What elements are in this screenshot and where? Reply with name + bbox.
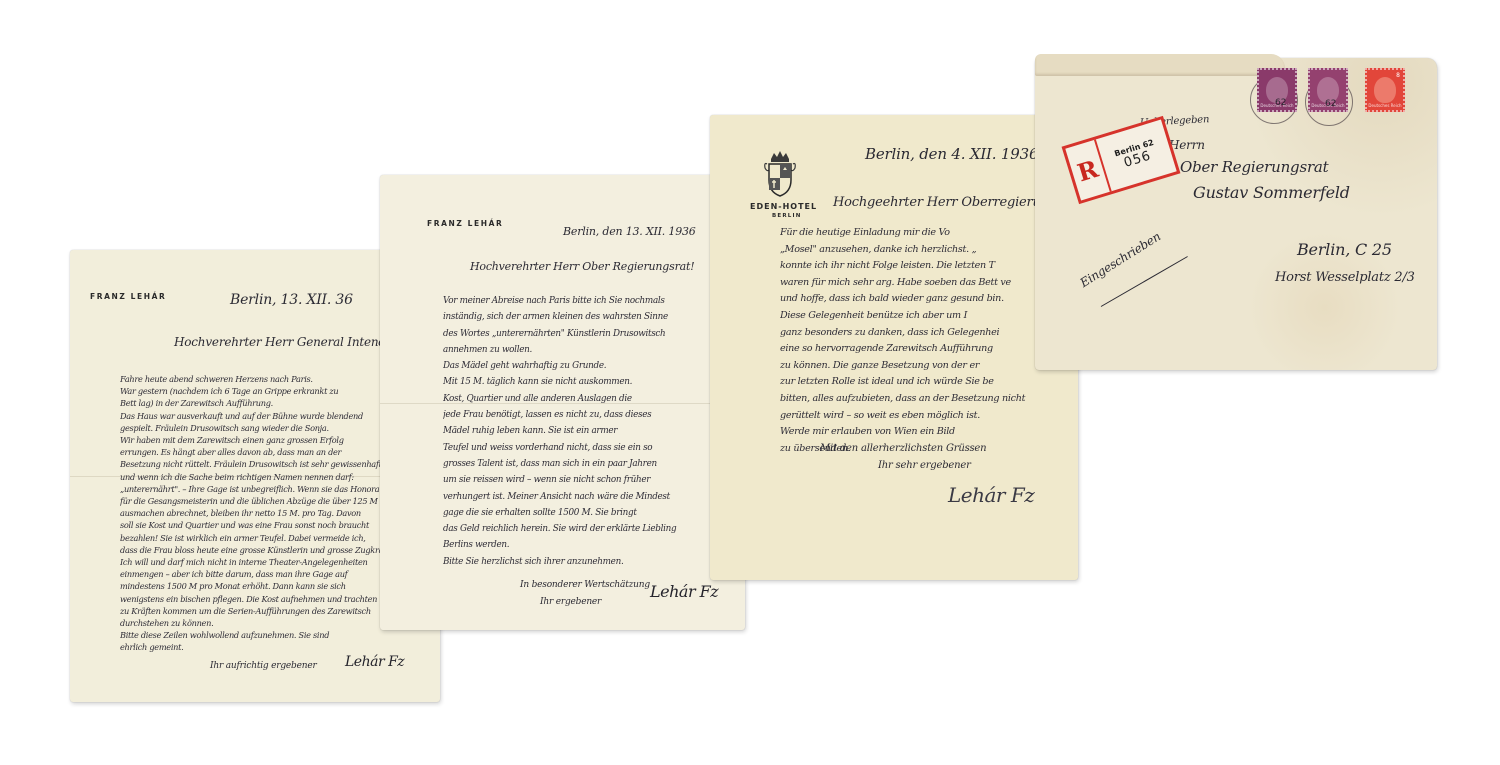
letter-body-line: annehmen zu wollen. [443,342,735,358]
letter-body-line: und hoffe, dass ich bald wieder ganz ges… [780,291,1078,308]
letter-body-line: Bitte diese Zeilen wohlwollend aufzunehm… [120,629,432,641]
letter-sheet-3: EDEN-HOTEL BERLIN Berlin, den 4. XII. 19… [710,115,1078,580]
letter-sheet-2: FRANZ LEHÁR Berlin, den 13. XII. 1936 Ho… [380,175,745,630]
registered-envelope: Deutsches Reich Deutsches Reich Deutsche… [1035,58,1437,370]
postmark-number: 62 [1325,99,1336,109]
signature-lehar: Lehár Fz [345,654,404,670]
hotel-letterhead-city: BERLIN [772,213,802,219]
letterhead-franz-lehar: FRANZ LEHÁR [90,292,166,301]
letter-closing-line-2: Ihr sehr ergebener [878,460,971,471]
envelope-addressee-name: Gustav Sommerfeld [1193,183,1350,202]
postmark-number: 62 [1275,98,1286,108]
letter-body-line: verhungert ist. Meiner Ansicht nach wäre… [443,489,735,505]
crowned-shield-crest-icon [762,150,798,198]
letter-salutation: Hochverehrter Herr Ober Regierungsrat! [470,260,694,273]
letter-body-line: Vor meiner Abreise nach Paris bitte ich … [443,293,735,309]
letter-body-line: Das Mädel geht wahrhaftig zu Grunde. [443,358,735,374]
envelope-addressee-salutation: Herrn [1169,138,1205,152]
letter-body-line: Diese Gelegenheit benütze ich aber um I [780,308,1078,325]
letter-body-line: Berlins werden. [443,537,735,553]
signature-lehar: Lehár Fz [650,582,718,601]
envelope-addressee-title: Ober Regierungsrat [1180,158,1329,176]
letter-body-line: waren für mich sehr arg. Habe soeben das… [780,275,1078,292]
hindenburg-stamp-red-icon: Deutsches Reich 8 [1365,68,1405,112]
letter-body-line: um sie reissen wird – wenn sie nicht sch… [443,472,735,488]
letter-body-line: zu können. Die ganze Besetzung von der e… [780,358,1078,375]
letter-body-line: bitten, alles aufzubieten, dass an der B… [780,391,1078,408]
letter-salutation: Hochverehrter Herr General Intendant! [174,335,410,349]
letter-body-line: konnte ich ihr nicht Folge leisten. Die … [780,258,1078,275]
letter-body: Für die heutige Einladung mir die Vo„Mos… [780,225,1078,457]
letter-body-line: Mädel ruhig leben kann. Sie ist ein arme… [443,423,735,439]
letter-body: Vor meiner Abreise nach Paris bitte ich … [443,293,735,570]
letter-body-line: des Wortes „unterernährten" Künstlerin D… [443,326,735,342]
letter-body-line: das Geld reichlich herein. Sie wird der … [443,521,735,537]
letter-closing-line-1: Mit den allerherzlichsten Grüssen [820,443,986,454]
letter-date: Berlin, 13. XII. 36 [230,292,353,308]
letter-body-line: gage die sie erhalten sollte 1500 M. Sie… [443,505,735,521]
letterhead-franz-lehar: FRANZ LEHÁR [427,219,503,228]
envelope-registered-note: Eingeschrieben [1078,229,1164,290]
letter-date: Berlin, den 13. XII. 1936 [563,225,696,238]
letter-body-line: „Mosel" anzusehen, danke ich herzlichst.… [780,242,1078,259]
hotel-letterhead-name: EDEN-HOTEL [750,202,817,211]
letter-body-line: jede Frau benötigt, lassen es nicht zu, … [443,407,735,423]
letter-closing-line-1: In besonderer Wertschätzung [520,580,650,590]
letter-body-line: Kost, Quartier und alle anderen Auslagen… [443,391,735,407]
letter-body-line: zur letzten Rolle ist ideal und ich würd… [780,374,1078,391]
envelope-street: Horst Wesselplatz 2/3 [1275,270,1415,285]
letter-body-line: Bitte Sie herzlichst sich ihrer anzunehm… [443,554,735,570]
signature-lehar: Lehár Fz [948,483,1034,507]
letter-closing: Ihr aufrichtig ergebener [210,661,317,671]
envelope-city: Berlin, C 25 [1297,240,1392,259]
letter-body-line: eine so hervorragende Zarewitsch Aufführ… [780,341,1078,358]
letter-body-line: gerüttelt wird – so weit es eben möglich… [780,408,1078,425]
letter-body-line: Für die heutige Einladung mir die Vo [780,225,1078,242]
letter-closing-line-2: Ihr ergebener [540,597,601,607]
letter-body-line: inständig, sich der armen kleinen des wa… [443,309,735,325]
letter-date: Berlin, den 4. XII. 1936 [865,145,1038,163]
letter-body-line: Teufel und weiss vorderhand nicht, dass … [443,440,735,456]
letter-body-line: ehrlich gemeint. [120,641,432,653]
letter-body-line: ganz besonders zu danken, dass ich Geleg… [780,325,1078,342]
letter-salutation: Hochgeehrter Herr Oberregierungs [833,195,1064,210]
letter-body-line: grosses Talent ist, dass man sich in ein… [443,456,735,472]
letter-body-line: Werde mir erlauben von Wien ein Bild [780,424,1078,441]
torn-envelope-flap [1035,54,1285,76]
letter-body-line: Mit 15 M. täglich kann sie nicht auskomm… [443,374,735,390]
